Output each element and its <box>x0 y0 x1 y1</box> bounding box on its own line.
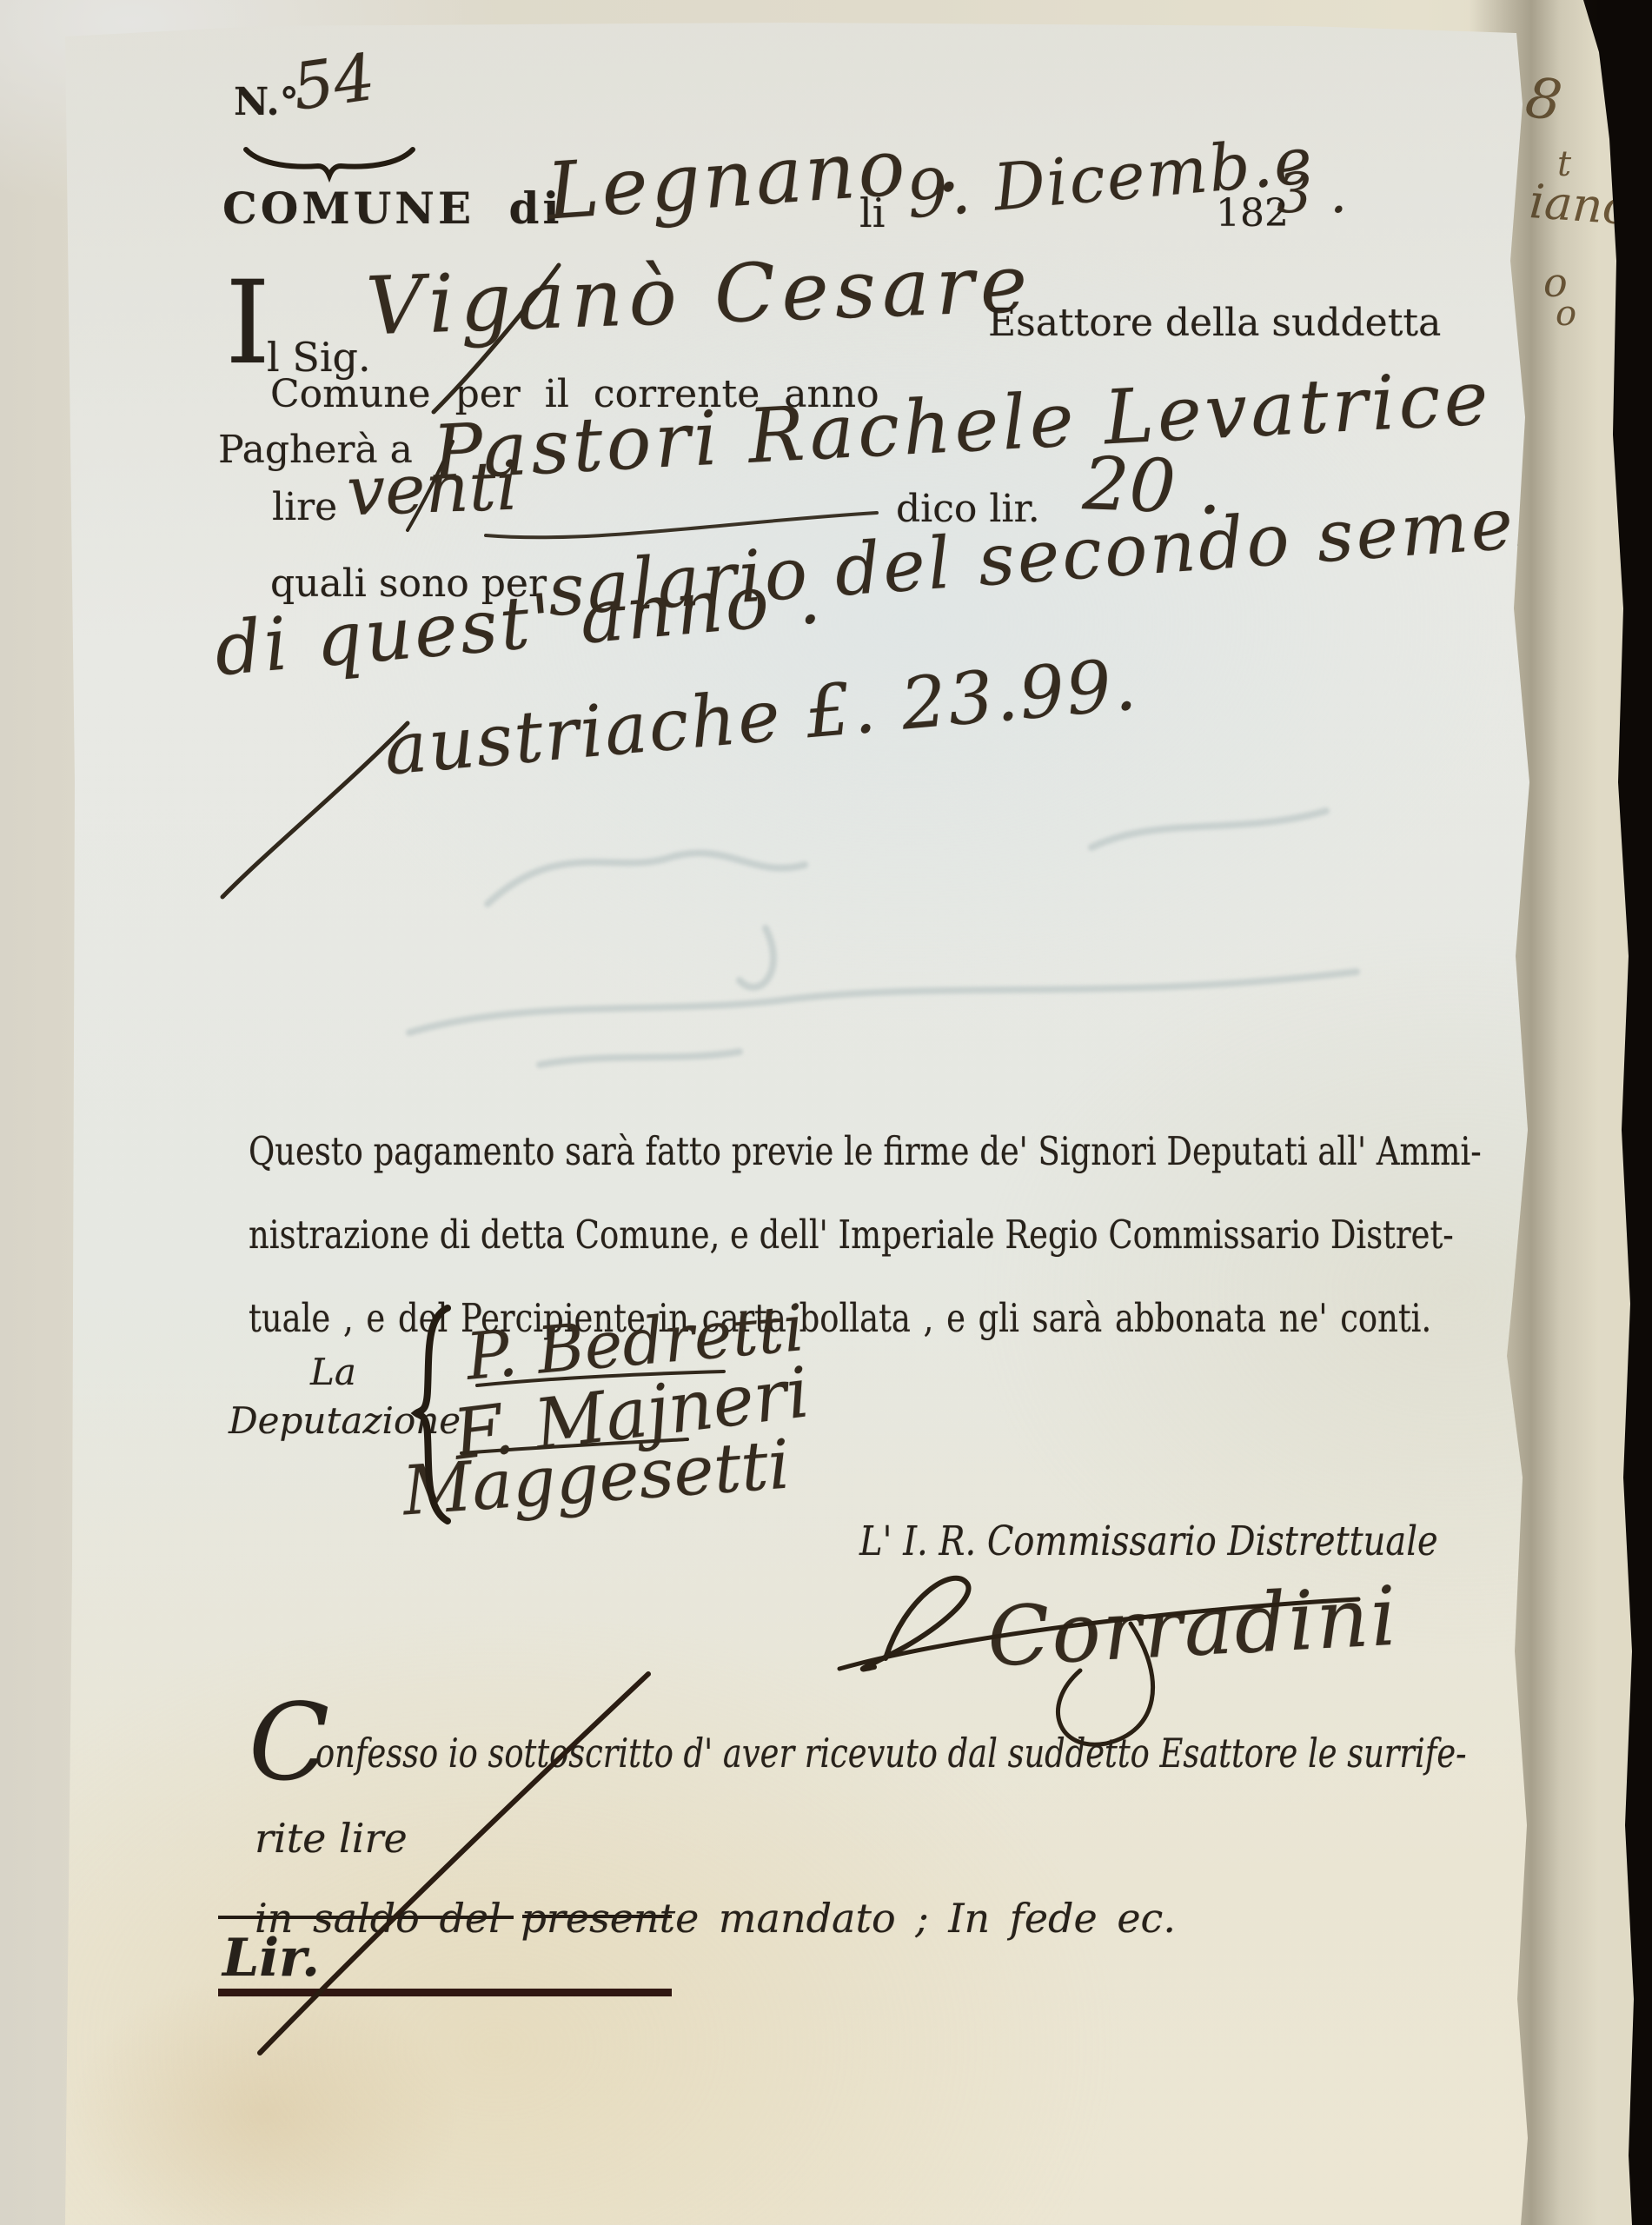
commissario-title: L' I. R. Commissario Distrettuale <box>859 1518 1438 1565</box>
lir-label: Lir. <box>222 1928 320 1989</box>
lir-rule-top <box>218 1916 514 1919</box>
receipt-line1: onfesso io sottoscritto d' aver ricevuto… <box>315 1730 1442 1777</box>
date-preposition: li <box>859 189 885 236</box>
receipt-page: N.° 54 COMUNE di Legnano . li 9. Dicemb.… <box>0 0 1652 2225</box>
exactor-title: Esattore della suddetta <box>988 301 1441 345</box>
year-handwritten: 3 . <box>1277 162 1347 226</box>
notice-line3: tuale , e del Percipiente in carta bolla… <box>249 1295 1431 1341</box>
comune-name-handwritten: Legnano . <box>544 117 965 237</box>
number-label: N.° <box>234 80 299 124</box>
dropcap-I: I <box>225 266 270 381</box>
lir-rule-bottom <box>218 1989 672 1996</box>
receipt-line2: rite lire <box>255 1815 408 1862</box>
exactor-name-handwritten: Viganò Cesare <box>364 237 1034 354</box>
deputation-la-label: La <box>310 1351 356 1393</box>
commissario-signature: Corradini <box>985 1570 1400 1686</box>
lir-rule-top-segment <box>522 1915 672 1918</box>
number-value-handwritten: 54 <box>288 40 379 125</box>
comune-label: COMUNE di <box>222 183 562 234</box>
lire-label: lire <box>272 485 337 529</box>
notice-line1: Questo pagamento sarà fatto previe le fi… <box>249 1128 1431 1174</box>
scanned-document-photo: { "document": { "header": { "number_labe… <box>0 0 1652 2225</box>
deputation-label: Deputazione <box>229 1399 461 1442</box>
amount-in-words-handwritten: venti <box>345 448 519 532</box>
notice-line2: nistrazione di detta Comune, e dell' Imp… <box>249 1212 1431 1258</box>
